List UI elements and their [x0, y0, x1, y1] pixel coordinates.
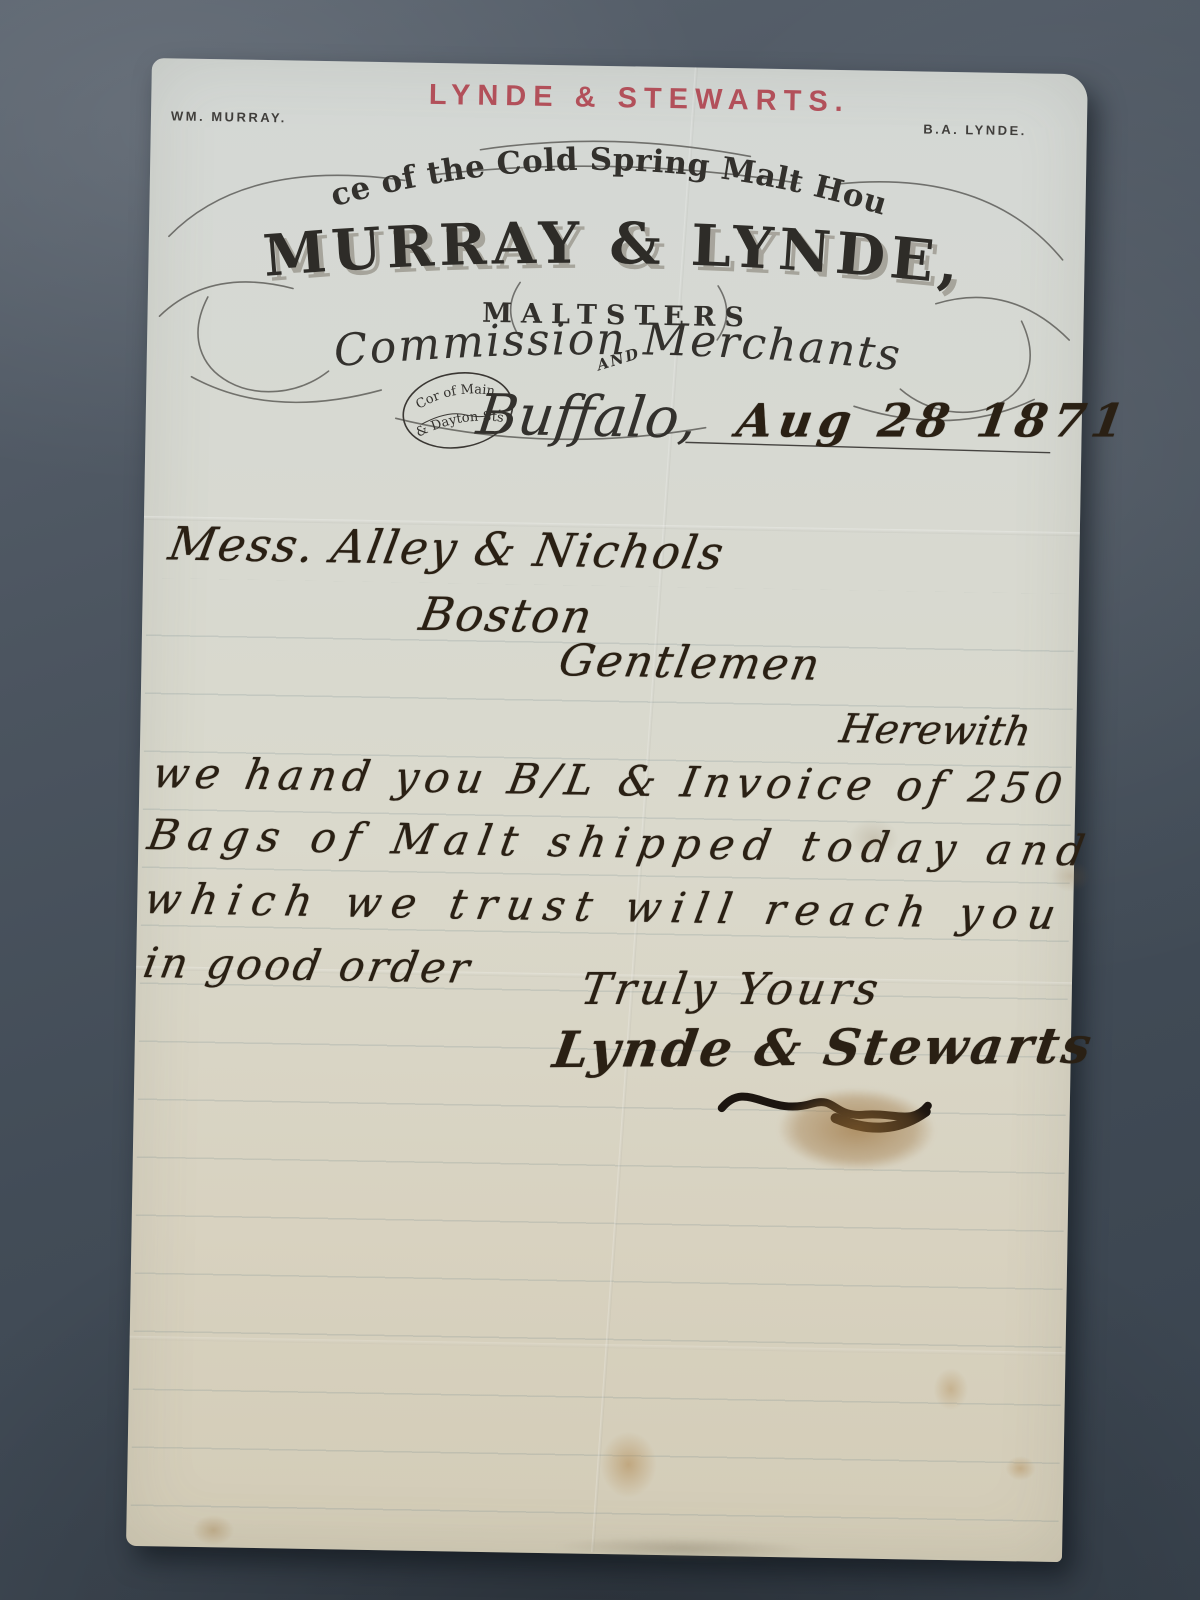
ink-stain [184, 1509, 243, 1552]
closing-handwritten: Truly Yours [577, 964, 885, 1015]
date-handwritten: Aug 28 1871 [733, 394, 1134, 448]
body-line-2: we hand you B/L & Invoice of 250 [149, 748, 1072, 813]
body-line-4: which we trust will reach you [141, 874, 1069, 939]
body-line-3: Bags of Malt shipped today and [144, 810, 1097, 875]
salutation-handwritten: Gentlemen [555, 635, 825, 690]
photo-background: LYNDE & STEWARTS. WM. MURRAY. B.A. LYNDE… [0, 0, 1200, 1600]
signature-handwritten: Lynde & Stewarts [549, 1016, 1098, 1079]
body-line-5: in good order [140, 938, 476, 993]
body-line-1: Herewith [836, 706, 1034, 755]
letter-paper: LYNDE & STEWARTS. WM. MURRAY. B.A. LYNDE… [126, 58, 1088, 1562]
recipient-line-1: Mess. Alley & Nichols [165, 516, 730, 580]
city-script-text: Buffalo, [472, 383, 701, 452]
company-banner: LYNDE & STEWARTS. [151, 74, 1087, 123]
signature-flourish [715, 1082, 936, 1150]
ink-stain [926, 1360, 975, 1419]
office-arch-text: Office of the Cold Spring Malt Houses [145, 118, 893, 224]
ink-stain [518, 1531, 848, 1567]
ink-stain [999, 1451, 1042, 1486]
fold-crease-horizontal [130, 1336, 1066, 1356]
svg-text:Office of the Cold Spring Malt: Office of the Cold Spring Malt Houses [145, 118, 893, 224]
